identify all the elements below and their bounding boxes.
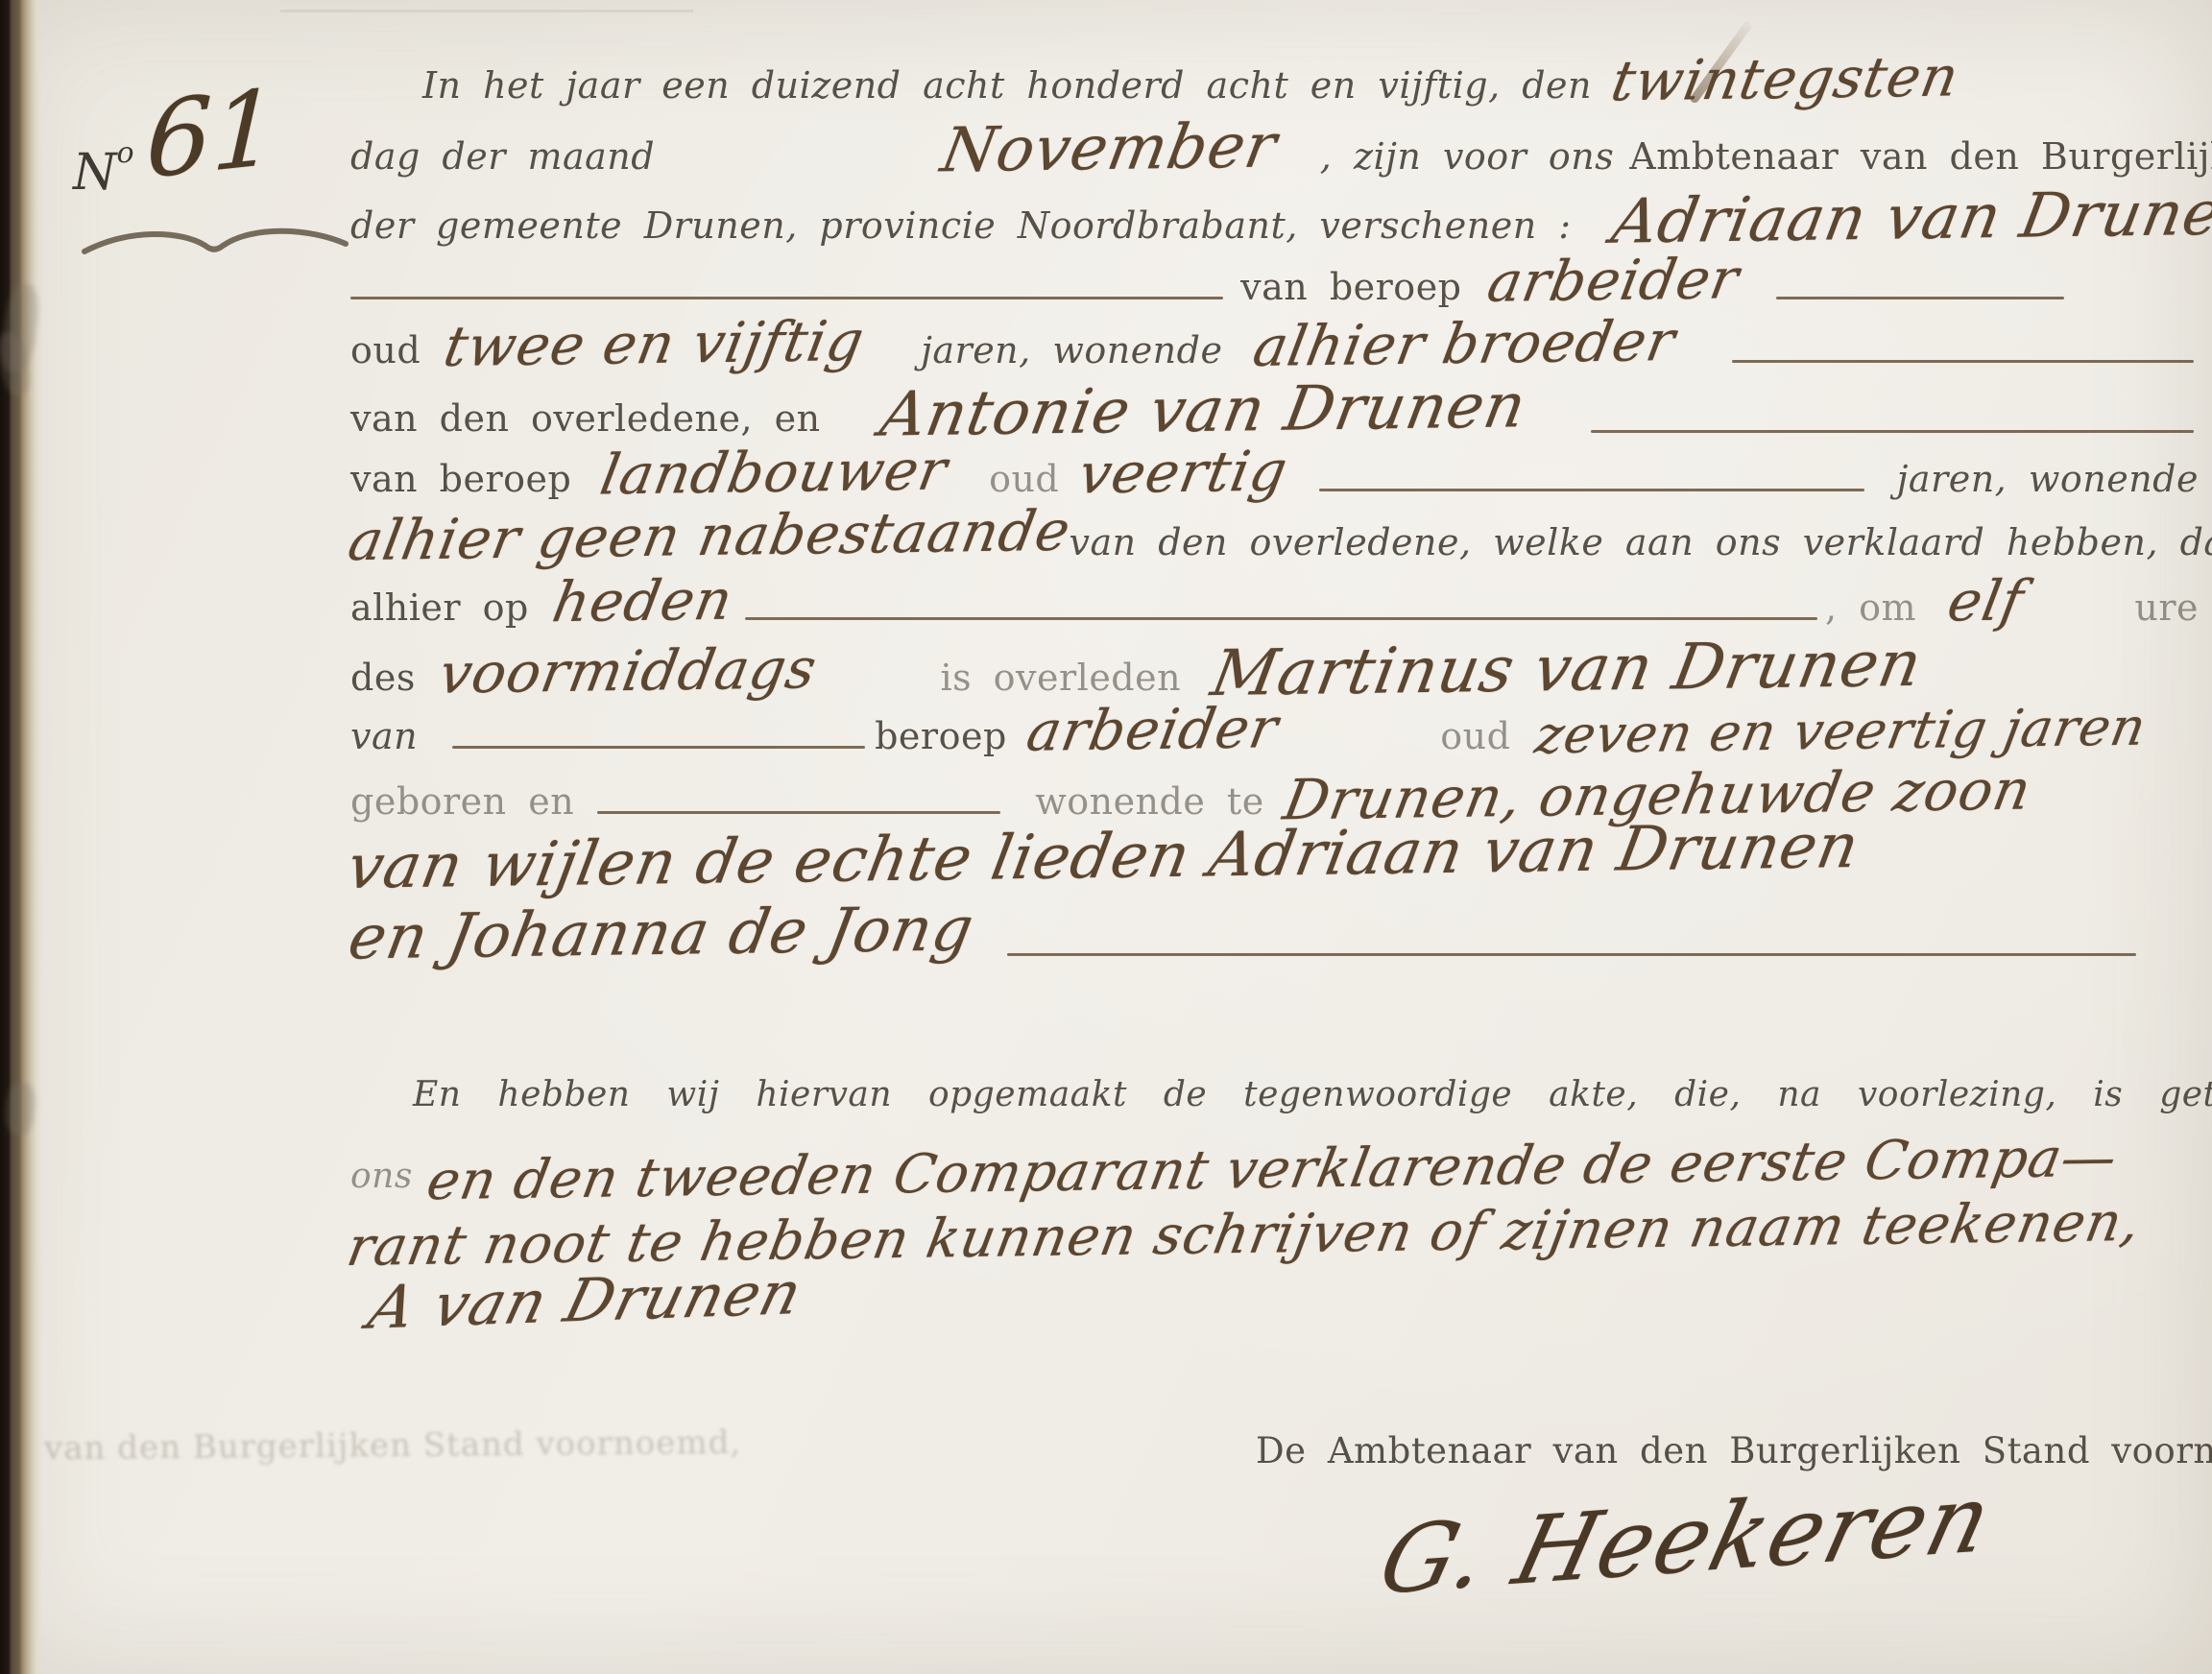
entry-declarant1-age: twee en vijftig bbox=[439, 308, 869, 379]
printed-residing-at: wonende te bbox=[1035, 780, 1264, 823]
fill-rule bbox=[1007, 953, 2137, 956]
printed-municipality-phrase: der gemeente Drunen, provincie Noordbrab… bbox=[350, 204, 1572, 247]
form-line-year: In het jaar een duizend acht honderd ach… bbox=[422, 46, 1970, 111]
printed-declared-phrase: van den overledene, welke aan ons verkla… bbox=[1070, 521, 2212, 563]
fill-rule bbox=[597, 811, 1000, 814]
fill-rule bbox=[745, 617, 1817, 620]
act-number-superscript: o bbox=[117, 136, 134, 170]
entry-death-daypart: voormiddags bbox=[434, 635, 822, 705]
death-certificate-page: van den Burgerlijken Stand voornoemd, No… bbox=[0, 0, 2212, 1674]
form-line-deceased-residence: geboren en wonende te Drunen, ongehuwde … bbox=[350, 762, 2199, 827]
registrar-title-row: De Ambtenaar van den Burgerlijken Stand … bbox=[1256, 1430, 2206, 1471]
printed-month-label: dag der maand bbox=[350, 135, 655, 178]
printed-has-died: is overleden bbox=[940, 657, 1181, 699]
closing-clause-printed: En hebben wij hiervan opgemaakt de tegen… bbox=[413, 1075, 2194, 1114]
act-number: 61 bbox=[144, 67, 279, 203]
printed-years-residing: jaren, wonende bbox=[921, 329, 1222, 371]
fill-rule bbox=[1591, 430, 2194, 433]
form-line-age1: oud twee en vijftig jaren, wonende alhie… bbox=[350, 311, 2194, 376]
form-line-declarant2: van den overledene, en Antonie van Drune… bbox=[350, 375, 2194, 446]
form-line-mother: en Johanna de Jong bbox=[350, 898, 2136, 969]
printed-occupation-label3: beroep bbox=[875, 715, 1007, 757]
form-line-deceased-occupation: van beroep arbeider oud zeven en veertig… bbox=[350, 697, 2199, 762]
printed-age-label: oud bbox=[350, 329, 421, 371]
form-line-occupation1: van beroep arbeider bbox=[350, 248, 2064, 313]
margin-flourish bbox=[81, 217, 349, 263]
entry-declarant2-relation: alhier geen nabestaande bbox=[344, 498, 1076, 573]
printed-occupation-label2: van beroep bbox=[350, 458, 571, 500]
printed-occupation-label: van beroep bbox=[1240, 266, 1461, 308]
printed-born-and: geboren en bbox=[350, 780, 574, 823]
entry-deceased-age: zeven en veertig jaren bbox=[1531, 697, 2152, 766]
form-line-parents: van wijlen de echte lieden Adriaan van D… bbox=[350, 822, 2199, 893]
printed-years-residing2: jaren, wonende bbox=[1897, 458, 2199, 500]
entry-deceased-occupation: arbeider bbox=[1022, 695, 1283, 764]
page-top-edge-line bbox=[280, 10, 693, 12]
witness-signature-row: A van Drunen bbox=[373, 1265, 1237, 1335]
printed-of-the: des bbox=[350, 657, 416, 699]
printed-here-on: alhier op bbox=[350, 586, 529, 629]
act-number-prefix: N bbox=[73, 144, 117, 202]
printed-closing-phrase: En hebben wij hiervan opgemaakt de tegen… bbox=[413, 1075, 2212, 1114]
printed-age-label2: oud bbox=[989, 458, 1059, 500]
entry-death-date: heden bbox=[547, 567, 737, 635]
form-line-occupation2: van beroep landbouwer oud veertig jaren,… bbox=[350, 440, 2199, 505]
fill-rule bbox=[1776, 297, 2064, 299]
printed-ons-label: ons bbox=[350, 1157, 413, 1196]
bleed-through-ghost-text: van den Burgerlijken Stand voornoemd, bbox=[44, 1423, 741, 1468]
witness-signature: A van Drunen bbox=[362, 1257, 809, 1342]
printed-appeared-before: , zijn voor ons bbox=[1320, 135, 1615, 178]
entry-mother-name: en Johanna de Jong bbox=[343, 894, 979, 973]
form-line-municipality: der gemeente Drunen, provincie Noordbrab… bbox=[350, 182, 2203, 253]
entry-parents-line: van wijlen de echte lieden Adriaan van D… bbox=[342, 811, 1864, 903]
entry-declarant1-residence-relation: alhier broeder bbox=[1249, 308, 1681, 379]
printed-van-label: van bbox=[350, 715, 418, 757]
entry-declarant2-occupation: landbouwer bbox=[596, 437, 953, 507]
entry-month: November bbox=[936, 111, 1283, 187]
entry-day-ordinal: twintegsten bbox=[1606, 43, 1964, 113]
entry-death-hour: elf bbox=[1943, 567, 2030, 634]
fill-rule bbox=[350, 297, 1223, 299]
registrar-signature: G. Heekeren bbox=[1370, 1464, 2004, 1615]
form-line-relation2: alhier geen nabestaande van den overlede… bbox=[350, 503, 2199, 568]
printed-of-deceased-and: van den overledene, en bbox=[350, 397, 821, 440]
printed-at-label: , om bbox=[1825, 586, 1916, 629]
registrar-title: De Ambtenaar van den Burgerlijken Stand … bbox=[1256, 1430, 2212, 1471]
fill-rule bbox=[452, 746, 865, 749]
printed-age-label3: oud bbox=[1440, 715, 1510, 757]
entry-declarant1-occupation: arbeider bbox=[1482, 246, 1743, 315]
closing-clause-hand-2: rant noot te hebben kunnen schrijven of … bbox=[350, 1204, 2203, 1266]
closing-clause-hand-1: ons en den tweeden Comparant verklarende… bbox=[350, 1138, 2203, 1201]
printed-hour-label: ure bbox=[2134, 586, 2199, 629]
printed-year-phrase: In het jaar een duizend acht honderd ach… bbox=[422, 64, 1592, 107]
fill-rule bbox=[1319, 489, 1863, 491]
fill-rule bbox=[1732, 360, 2194, 363]
form-line-month: dag der maand November , zijn voor ons A… bbox=[350, 113, 2203, 184]
entry-declarant2-age: veertig bbox=[1074, 439, 1293, 507]
form-line-death-date: alhier op heden , om elf ure bbox=[350, 568, 2199, 634]
printed-registrar-phrase: Ambtenaar van den Burgerlijken Stand, bbox=[1629, 135, 2212, 178]
book-binding-edge bbox=[0, 0, 42, 1674]
act-number-label: No bbox=[73, 136, 134, 202]
